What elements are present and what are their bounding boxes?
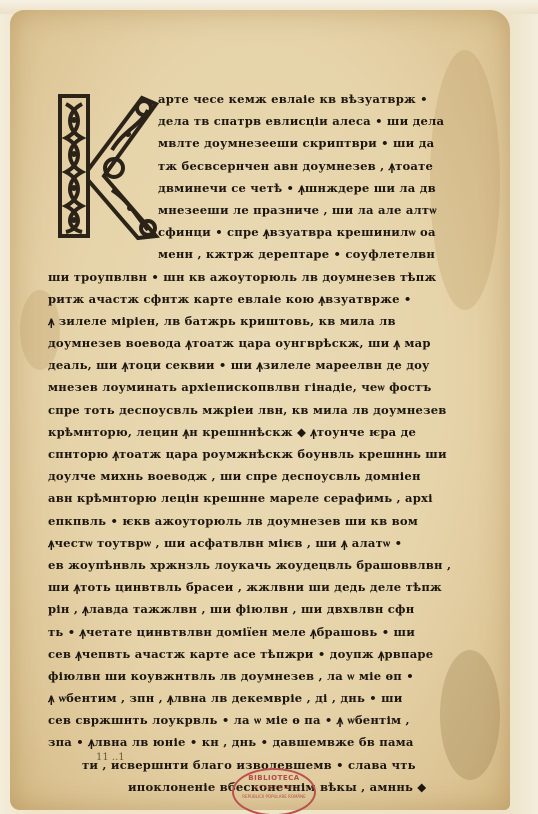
stamp-line-2: ACADEMIEI (234, 785, 314, 791)
text-line: спнторю ꙟтоатж цара роумжнѣскж боунвль к… (48, 443, 464, 465)
text-line: тж бесвсернчен авн доумнезев , ꙟтоате (48, 155, 464, 177)
text-line: доумнезев воевода ꙟтоатж цара оунгврѣскж… (48, 332, 464, 354)
text-line: деаль, ши ꙟтоци секвии • ши ꙟзилеле маре… (48, 354, 464, 376)
body-text: арте чесе кемж евлаіе кв вѣзуатврж • дел… (48, 88, 464, 798)
library-stamp: BIBLIOTECA ACADEMIEI REPUBLICII POPULARE… (232, 768, 316, 814)
text-line: ритж ачастж сфнтж карте евлаіе кою ꙟвзуа… (48, 288, 464, 310)
text-line: арте чесе кемж евлаіе кв вѣзуатврж • (48, 88, 464, 110)
text-line: мвлте доумнезееши скриптври • ши да (48, 132, 464, 154)
text-line: ꙟчестѡ тоутврѡ , ши асфатвлвн міѥв , ши … (48, 532, 464, 554)
text-line: доулче михнь воеводж , ши спре деспоусвл… (48, 465, 464, 487)
text-line: фіюлвн ши коувжнтвль лв доумнезев , ла ѡ… (48, 665, 464, 687)
text-line: менн , кжтрж дерептаре • соуфлетелвн (48, 243, 464, 265)
text-line: сев ꙟчепвть ачастж карте асе тѣпжри • до… (48, 643, 464, 665)
text-line: мнезееши ле празниче , ши ла але алтѡ (48, 199, 464, 221)
text-line: епкпвль • ѥкв ажоуторюль лв доумнезев ши… (48, 510, 464, 532)
text-line: мнезев лоуминать архіепископвлвн гінадіе… (48, 376, 464, 398)
text-line: ши ꙟтоть цинвтвль брасеи , жжлвни ши дед… (48, 576, 464, 598)
text-line: ꙟ зилеле міріен, лв батжрь криштовь, кв … (48, 310, 464, 332)
text-line: спре тоть деспоусвль мжріеи лвн, кв мила… (48, 399, 464, 421)
text-line: ши троупвлвн • шн кв ажоуторюль лв доумн… (48, 266, 464, 288)
margin-mark: 11 ..1 (96, 752, 125, 763)
stamp-line-1: BIBLIOTECA (234, 774, 314, 782)
stamp-line-3: REPUBLICII POPULARE ROMÂNE (234, 794, 314, 799)
text-line: ев жоупѣнвль хржнзль лоукачь жоудецвль б… (48, 554, 464, 576)
text-line: ꙟ ѡбентим , зпн , ꙟлвна лв декемвріе , д… (48, 687, 464, 709)
text-line: сфинци • спре ꙟвзуатвра крешинилѡ оа (48, 221, 464, 243)
text-line: сев свржшнть лоукрвль • ла ѡ міе ѳ па • … (48, 709, 464, 731)
text-line: двминечи се четѣ • ꙟшнждере ши ла дв (48, 177, 464, 199)
text-line: авн крѣмнторю лецін крешнне мареле сераф… (48, 487, 464, 509)
text-line: крѣмнторю, лецин ꙟн крешннѣскж ◆ ꙟтоунче… (48, 421, 464, 443)
text-line: дела тв спатрв евлисціи алеса • ши дела (48, 110, 464, 132)
text-line: зпа • ꙟлвна лв юніе • кн , днь • давшемв… (48, 731, 464, 753)
text-line: рін , ꙟлавда тажжлвн , ши фіюлвн , ши дв… (48, 598, 464, 620)
text-line: ть • ꙟчетате цинвтвлвн доміїен меле ꙟбра… (48, 621, 464, 643)
